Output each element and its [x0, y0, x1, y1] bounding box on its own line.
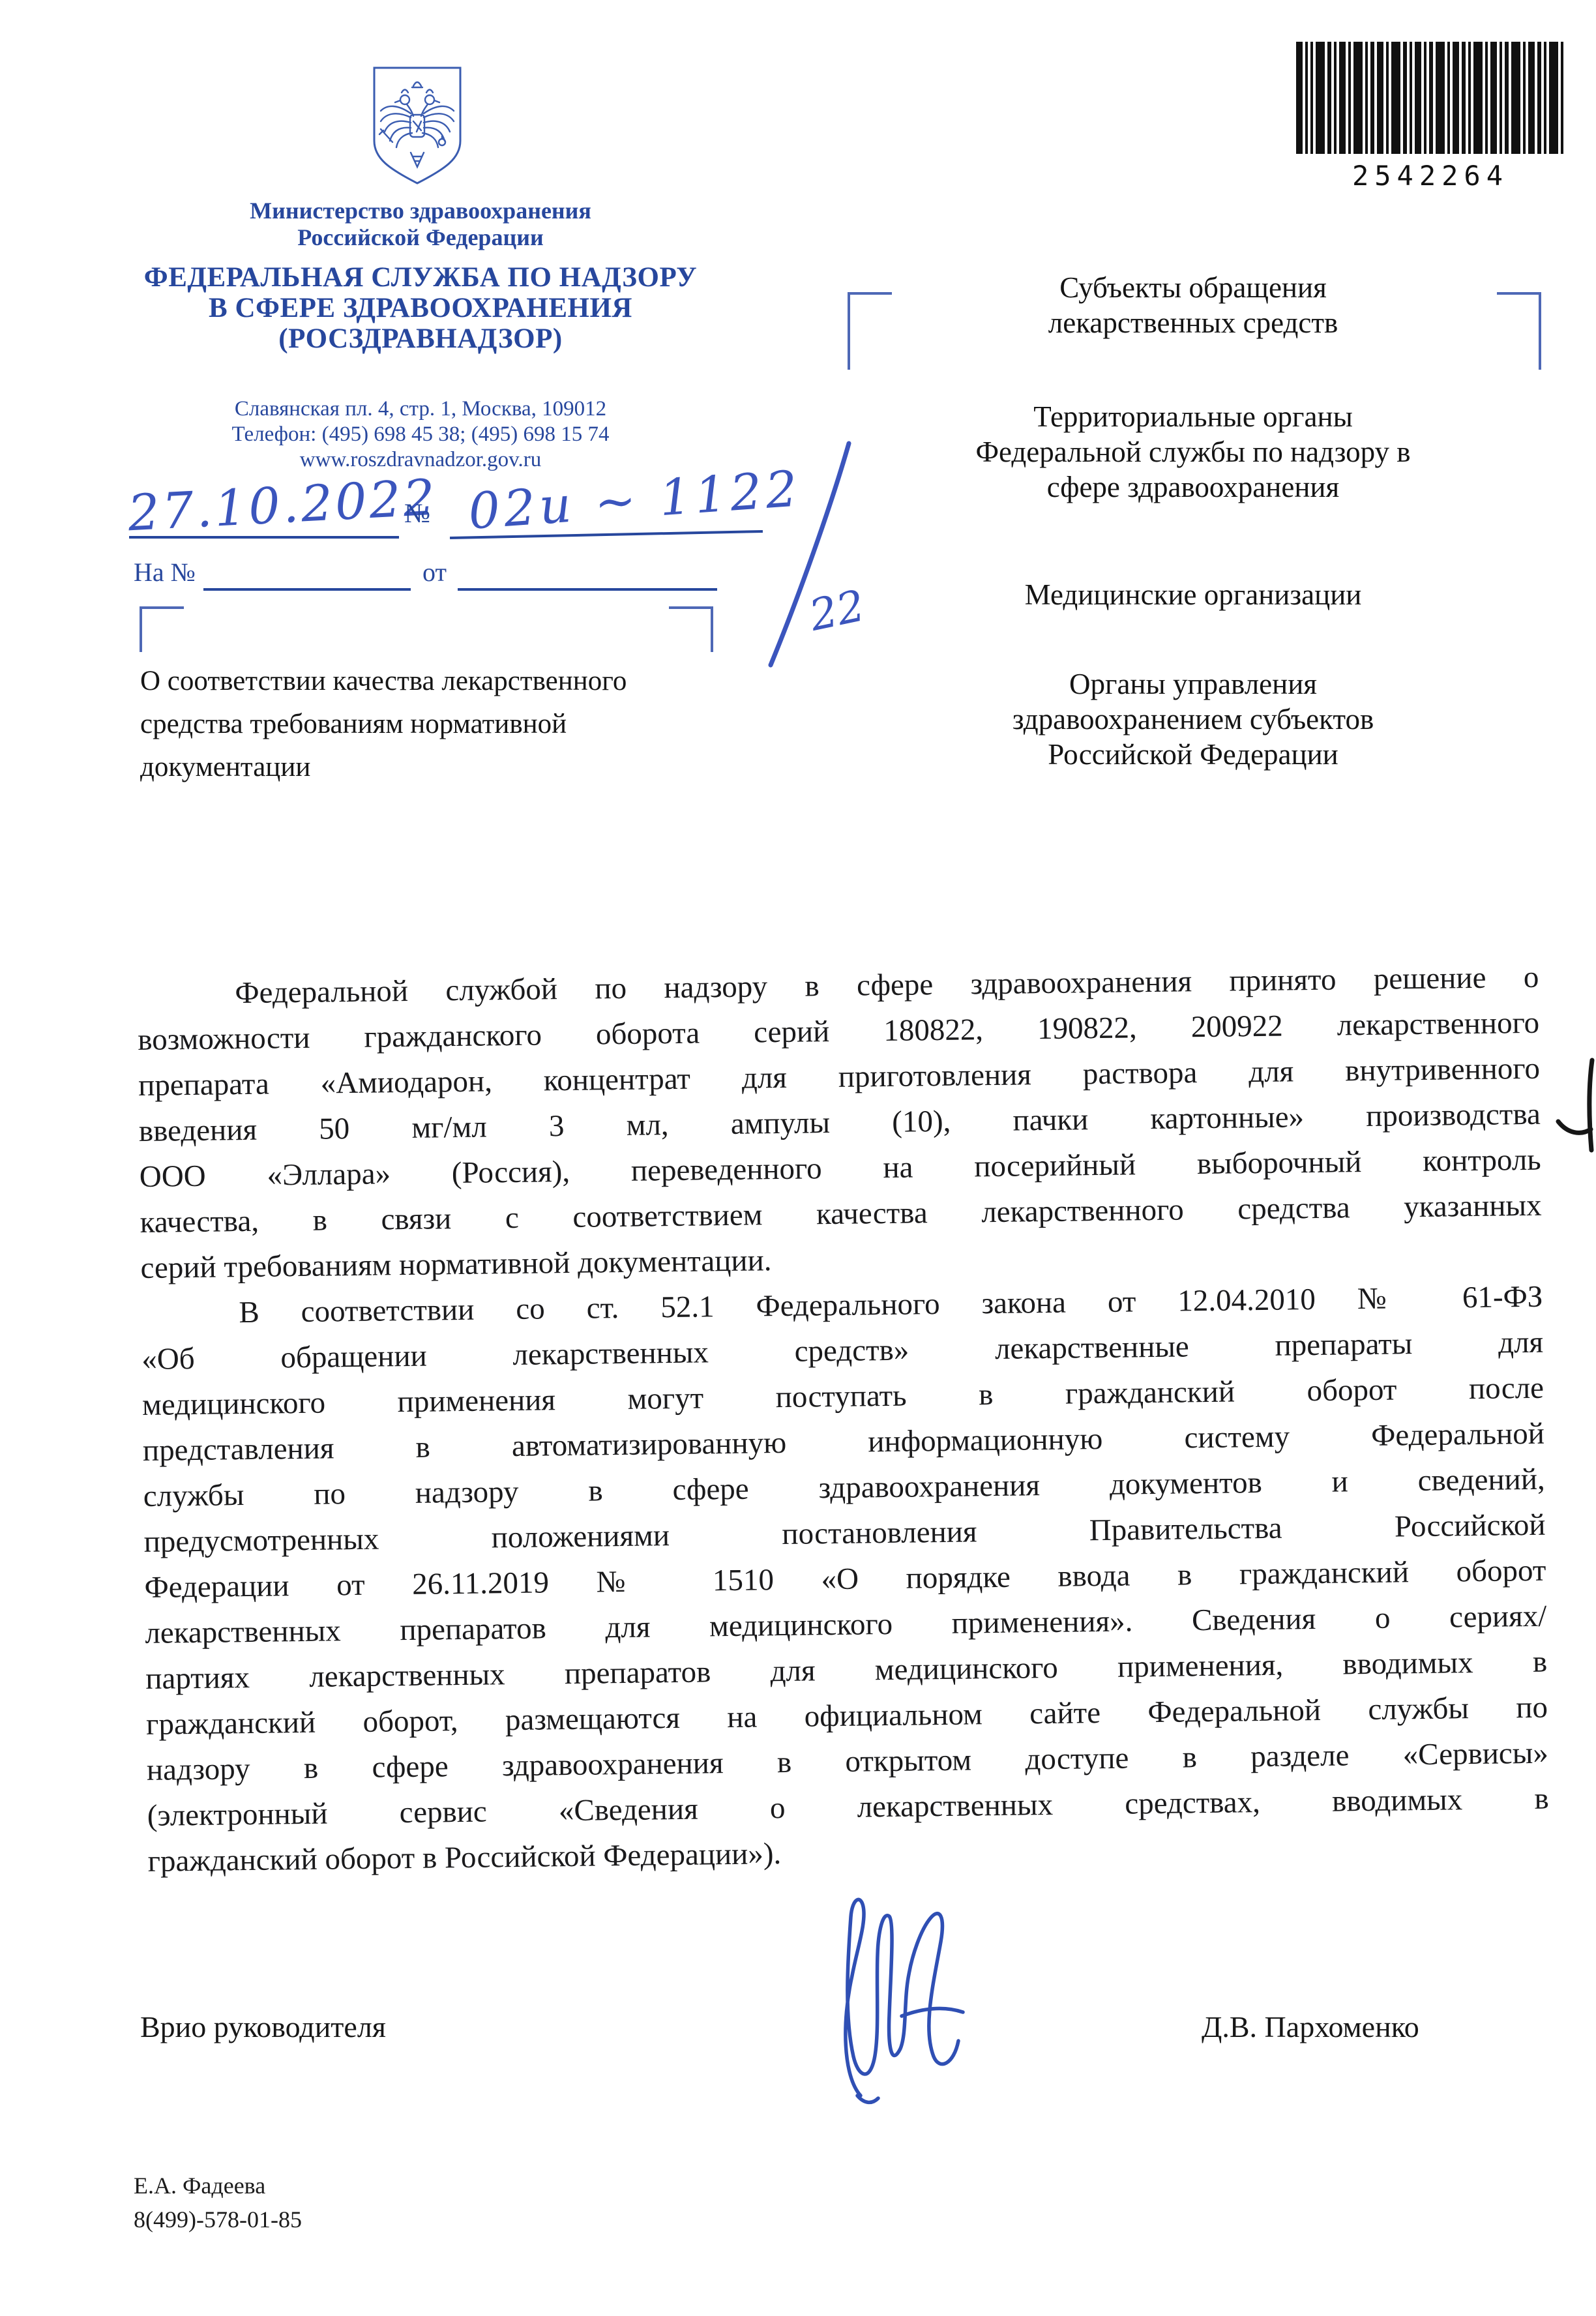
- na-number-underline: [203, 588, 411, 591]
- ministry-line2: Российской Федерации: [98, 224, 743, 251]
- recipient-line: лекарственных средств: [848, 305, 1539, 340]
- handwritten-slash-icon: [759, 436, 857, 677]
- barcode-number: 2542264: [1296, 160, 1565, 192]
- subject-line: О соответствии качества лекарственного с…: [140, 660, 681, 789]
- ot-label: от: [422, 557, 447, 587]
- recipient-line: сфере здравоохранения: [848, 469, 1539, 505]
- executor-block: Е.А. Фадеева 8(499)-578-01-85: [134, 2169, 302, 2236]
- recipient-line: Органы управления: [848, 666, 1539, 702]
- russian-coat-of-arms-icon: [365, 63, 469, 190]
- recipient-line: Территориальные органы: [848, 399, 1539, 434]
- subject-corner-bracket-left: [140, 606, 184, 652]
- signature-ink-icon: [805, 1877, 1027, 2118]
- letterhead-phone: Телефон: (495) 698 45 38; (495) 698 15 7…: [98, 422, 743, 447]
- barcode-bars-icon: [1296, 42, 1565, 154]
- body-text: Федеральной службой по надзору в сфере з…: [137, 955, 1550, 1884]
- handwritten-date: 27.10.2022: [126, 468, 439, 542]
- scanned-letter-page: Министерство здравоохранения Российской …: [0, 0, 1596, 2316]
- signer-name: Д.В. Пархоменко: [1202, 2010, 1419, 2044]
- signer-position: Врио руководителя: [140, 2010, 386, 2044]
- date-underline: [129, 536, 399, 539]
- recipient-group: Субъекты обращения лекарственных средств: [848, 270, 1539, 340]
- service-line1: ФЕДЕРАЛЬНАЯ СЛУЖБА ПО НАДЗОРУ: [98, 262, 743, 293]
- barcode: 2542264: [1296, 42, 1565, 192]
- ministry-heading: Министерство здравоохранения Российской …: [98, 198, 743, 251]
- service-line2: В СФЕРЕ ЗДРАВООХРАНЕНИЯ: [98, 293, 743, 323]
- executor-phone: 8(499)-578-01-85: [134, 2203, 302, 2236]
- ministry-line1: Министерство здравоохранения: [98, 198, 743, 224]
- number-sign-label: №: [404, 498, 430, 529]
- recipient-line: Федеральной службы по надзору в: [848, 434, 1539, 469]
- service-heading: ФЕДЕРАЛЬНАЯ СЛУЖБА ПО НАДЗОРУ В СФЕРЕ ЗД…: [98, 262, 743, 354]
- na-number-label: На №: [134, 557, 196, 587]
- recipient-group: Территориальные органы Федеральной служб…: [848, 399, 1539, 505]
- scan-artifact-mark: [1552, 1056, 1596, 1154]
- recipient-line: Субъекты обращения: [848, 270, 1539, 305]
- ot-underline: [458, 588, 717, 591]
- recipient-group: Медицинские организации: [848, 577, 1539, 612]
- recipient-line: здравоохранением субъектов: [848, 702, 1539, 737]
- recipient-group: Органы управления здравоохранением субъе…: [848, 666, 1539, 772]
- letterhead-contacts: Славянская пл. 4, стр. 1, Москва, 109012…: [98, 396, 743, 473]
- recipient-line: Российской Федерации: [848, 737, 1539, 772]
- recipient-line: Медицинские организации: [848, 577, 1539, 612]
- letterhead-address: Славянская пл. 4, стр. 1, Москва, 109012: [98, 396, 743, 422]
- subject-corner-bracket-right: [669, 606, 713, 652]
- executor-name: Е.А. Фадеева: [134, 2169, 302, 2203]
- service-line3: (РОСЗДРАВНАДЗОР): [98, 323, 743, 354]
- recipients-block: Субъекты обращения лекарственных средств…: [848, 270, 1539, 772]
